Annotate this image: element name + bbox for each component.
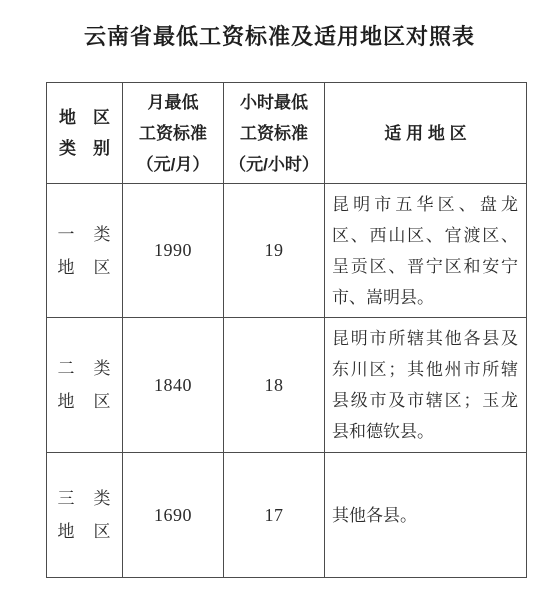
- header-line: 地 区: [47, 102, 122, 133]
- table-row: 三 类 地 区 1690 17 其他各县。: [47, 453, 527, 578]
- hourly-wage-cell: 17: [224, 453, 325, 578]
- document-page: 云南省最低工资标准及适用地区对照表 地 区 类 别 月最低 工资标准 （元/月）…: [0, 0, 559, 600]
- page-title: 云南省最低工资标准及适用地区对照表: [0, 25, 559, 49]
- monthly-wage-cell: 1990: [123, 184, 224, 318]
- wage-table: 地 区 类 别 月最低 工资标准 （元/月） 小时最低 工资标准 （元/小时） …: [46, 82, 527, 578]
- category-line: 地 区: [47, 251, 122, 284]
- category-line: 二 类: [47, 352, 122, 385]
- monthly-wage-cell: 1840: [123, 318, 224, 453]
- applicable-regions-text: 其他各县。: [332, 500, 518, 531]
- header-line: 工资标准: [123, 118, 223, 149]
- category-cell: 二 类 地 区: [47, 318, 123, 453]
- header-hourly-minimum-wage: 小时最低 工资标准 （元/小时）: [224, 83, 325, 184]
- category-line: 一 类: [47, 218, 122, 251]
- category-cell: 一 类 地 区: [47, 184, 123, 318]
- applicable-regions-cell: 昆明市五华区、盘龙区、西山区、官渡区、呈贡区、晋宁区和安宁市、嵩明县。: [325, 184, 527, 318]
- header-line: 小时最低: [224, 87, 324, 118]
- category-line: 地 区: [47, 515, 122, 548]
- applicable-regions-text: 昆明市五华区、盘龙区、西山区、官渡区、呈贡区、晋宁区和安宁市、嵩明县。: [332, 189, 518, 313]
- table-row: 一 类 地 区 1990 19 昆明市五华区、盘龙区、西山区、官渡区、呈贡区、晋…: [47, 184, 527, 318]
- header-line: 工资标准: [224, 118, 324, 149]
- hourly-wage-cell: 19: [224, 184, 325, 318]
- header-line: （元/月）: [123, 149, 223, 180]
- applicable-regions-cell: 其他各县。: [325, 453, 527, 578]
- header-line: 月最低: [123, 87, 223, 118]
- category-line: 三 类: [47, 482, 122, 515]
- header-monthly-minimum-wage: 月最低 工资标准 （元/月）: [123, 83, 224, 184]
- category-line: 地 区: [47, 385, 122, 418]
- applicable-regions-text: 昆明市所辖其他各县及东川区；其他州市所辖县级市及市辖区；玉龙县和德钦县。: [332, 323, 518, 447]
- header-line: 类 别: [47, 133, 122, 164]
- table-row: 二 类 地 区 1840 18 昆明市所辖其他各县及东川区；其他州市所辖县级市及…: [47, 318, 527, 453]
- monthly-wage-cell: 1690: [123, 453, 224, 578]
- table-header-row: 地 区 类 别 月最低 工资标准 （元/月） 小时最低 工资标准 （元/小时） …: [47, 83, 527, 184]
- header-line: （元/小时）: [224, 149, 324, 180]
- header-applicable-regions: 适 用 地 区: [325, 83, 527, 184]
- header-region-category: 地 区 类 别: [47, 83, 123, 184]
- hourly-wage-cell: 18: [224, 318, 325, 453]
- category-cell: 三 类 地 区: [47, 453, 123, 578]
- header-line: 适 用 地 区: [325, 118, 526, 149]
- applicable-regions-cell: 昆明市所辖其他各县及东川区；其他州市所辖县级市及市辖区；玉龙县和德钦县。: [325, 318, 527, 453]
